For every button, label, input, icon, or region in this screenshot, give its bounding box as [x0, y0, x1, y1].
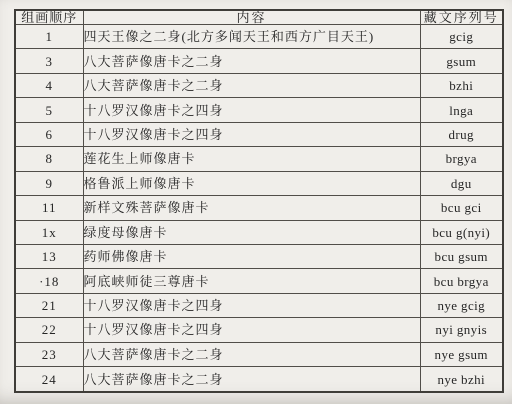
cell-content: 绿度母像唐卡	[83, 220, 420, 244]
cell-content: 八大菩萨像唐卡之二身	[83, 342, 420, 366]
cell-tibetan-code: nyi gnyis	[420, 318, 503, 342]
cell-tibetan-code: gsum	[420, 49, 503, 73]
cell-group-order: 9	[15, 171, 83, 195]
cell-content: 八大菩萨像唐卡之二身	[83, 73, 420, 97]
cell-content: 阿底峡师徒三尊唐卡	[83, 269, 420, 293]
table-header: 组画顺序 内容 藏文序列号	[15, 10, 503, 25]
table-row: 1x绿度母像唐卡bcu g(nyi)	[15, 220, 503, 244]
table-row: 5十八罗汉像唐卡之四身lnga	[15, 98, 503, 122]
cell-tibetan-code: drug	[420, 122, 503, 146]
cell-content: 十八罗汉像唐卡之四身	[83, 293, 420, 317]
cell-tibetan-code: bcu brgya	[420, 269, 503, 293]
cell-content: 十八罗汉像唐卡之四身	[83, 318, 420, 342]
cell-group-order: ·18	[15, 269, 83, 293]
cell-content: 十八罗汉像唐卡之四身	[83, 98, 420, 122]
cell-tibetan-code: dgu	[420, 171, 503, 195]
table-row: ·18阿底峡师徒三尊唐卡bcu brgya	[15, 269, 503, 293]
cell-content: 药师佛像唐卡	[83, 244, 420, 268]
cell-tibetan-code: bcu gsum	[420, 244, 503, 268]
cell-group-order: 4	[15, 73, 83, 97]
header-tibetan-serial: 藏文序列号	[420, 10, 503, 25]
cell-group-order: 6	[15, 122, 83, 146]
cell-group-order: 13	[15, 244, 83, 268]
cell-group-order: 23	[15, 342, 83, 366]
table-row: 1四天王像之二身(北方多闻天王和西方广目天王)gcig	[15, 25, 503, 49]
cell-tibetan-code: lnga	[420, 98, 503, 122]
table-row: 21十八罗汉像唐卡之四身nye gcig	[15, 293, 503, 317]
table-row: 24八大菩萨像唐卡之二身nye bzhi	[15, 367, 503, 392]
header-group-order: 组画顺序	[15, 10, 83, 25]
table-row: 23八大菩萨像唐卡之二身nye gsum	[15, 342, 503, 366]
cell-content: 莲花生上师像唐卡	[83, 147, 420, 171]
table-body: 1四天王像之二身(北方多闻天王和西方广目天王)gcig3八大菩萨像唐卡之二身gs…	[15, 25, 503, 393]
cell-group-order: 11	[15, 196, 83, 220]
table-row: 6十八罗汉像唐卡之四身drug	[15, 122, 503, 146]
cell-group-order: 21	[15, 293, 83, 317]
cell-group-order: 24	[15, 367, 83, 392]
cell-content: 格鲁派上师像唐卡	[83, 171, 420, 195]
scanned-document-page: { "page": { "background_color": "#f0eeea…	[0, 0, 512, 404]
cell-tibetan-code: brgya	[420, 147, 503, 171]
cell-group-order: 1	[15, 25, 83, 49]
table-row: 4八大菩萨像唐卡之二身bzhi	[15, 73, 503, 97]
cell-tibetan-code: nye bzhi	[420, 367, 503, 392]
cell-content: 新样文殊菩萨像唐卡	[83, 196, 420, 220]
cell-tibetan-code: gcig	[420, 25, 503, 49]
cell-content: 十八罗汉像唐卡之四身	[83, 122, 420, 146]
cell-content: 四天王像之二身(北方多闻天王和西方广目天王)	[83, 25, 420, 49]
cell-group-order: 8	[15, 147, 83, 171]
header-content: 内容	[83, 10, 420, 25]
cell-content: 八大菩萨像唐卡之二身	[83, 49, 420, 73]
table-row: 22十八罗汉像唐卡之四身nyi gnyis	[15, 318, 503, 342]
cell-tibetan-code: bcu g(nyi)	[420, 220, 503, 244]
table-row: 3八大菩萨像唐卡之二身gsum	[15, 49, 503, 73]
cell-tibetan-code: nye gsum	[420, 342, 503, 366]
cell-tibetan-code: bzhi	[420, 73, 503, 97]
cell-group-order: 3	[15, 49, 83, 73]
cell-group-order: 22	[15, 318, 83, 342]
cell-tibetan-code: bcu gci	[420, 196, 503, 220]
thangka-inventory-table: 组画顺序 内容 藏文序列号 1四天王像之二身(北方多闻天王和西方广目天王)gci…	[14, 9, 504, 393]
cell-tibetan-code: nye gcig	[420, 293, 503, 317]
table-row: 13药师佛像唐卡bcu gsum	[15, 244, 503, 268]
table-row: 11新样文殊菩萨像唐卡bcu gci	[15, 196, 503, 220]
cell-group-order: 1x	[15, 220, 83, 244]
cell-content: 八大菩萨像唐卡之二身	[83, 367, 420, 392]
header-row: 组画顺序 内容 藏文序列号	[15, 10, 503, 25]
cell-group-order: 5	[15, 98, 83, 122]
table-row: 9格鲁派上师像唐卡dgu	[15, 171, 503, 195]
table-row: 8莲花生上师像唐卡brgya	[15, 147, 503, 171]
